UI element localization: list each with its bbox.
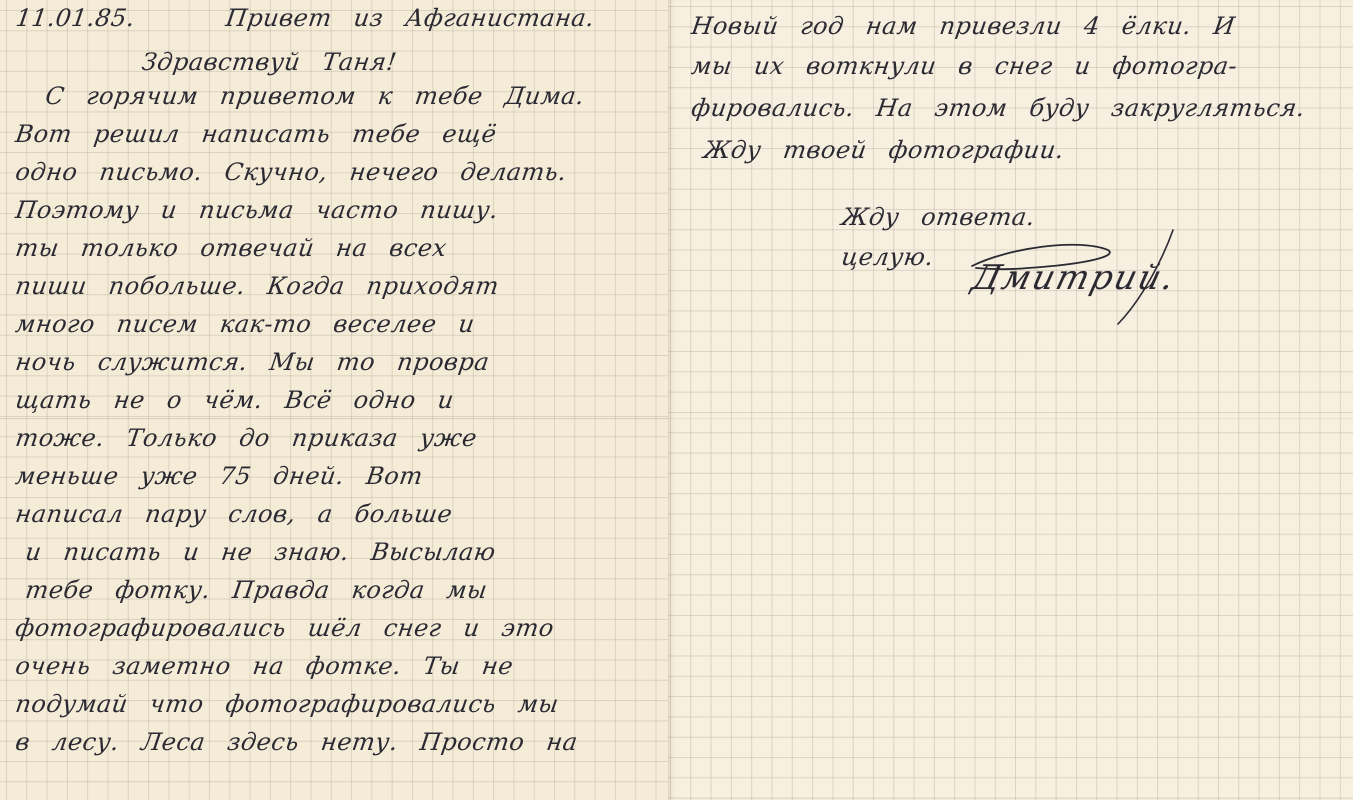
handwritten-line: Поэтому и письма часто пишу. [14,198,500,222]
handwritten-line: мы их воткнули в снег и фотогра- [690,54,1239,78]
letter-title: Привет из Афганистана. [224,4,596,32]
letter-spread: 11.01.85. Привет из Афганистана. Здравст… [0,0,1353,800]
handwritten-line: фировались. На этом буду закругляться. [690,96,1307,120]
handwritten-line: тебе фотку. Правда когда мы [24,578,489,602]
handwritten-line: много писем как-то веселее и [14,312,476,336]
closing-line: Жду ответа. [840,205,1037,229]
handwritten-line: ночь служится. Мы то проврa [14,350,491,374]
handwritten-line: щать не о чём. Всё одно и [14,388,456,412]
handwritten-line: меньше уже 75 дней. Вот [14,464,424,488]
handwritten-line: очень заметно на фотке. Ты не [14,654,515,678]
handwritten-line: Жду твоей фотографии. [702,138,1066,162]
handwritten-line: фотографировались шёл снег и это [14,616,556,640]
handwritten-line: в лесу. Леса здесь нету. Просто на [14,730,579,754]
handwritten-line: написал пару слов, а больше [14,502,454,526]
handwritten-line: одно письмо. Скучно, нечего делать. [14,160,568,184]
handwritten-line: Вот решил написать тебе ещё [14,122,498,146]
paper-fold-line [0,418,668,420]
letter-signature: Дмитрий. [968,258,1180,298]
handwritten-line: тоже. Только до приказа уже [14,426,479,450]
handwritten-line: пиши побольше. Когда приходят [14,274,501,298]
letter-page-right: Новый год нам привезли 4 ёлки. И мы их в… [668,0,1353,800]
paper-fold-line [668,418,1353,420]
handwritten-line: ты только отвечай на всех [14,236,448,260]
handwritten-line: подумай что фотографировались мы [14,692,560,716]
closing-line: целую. [840,245,935,269]
letter-date: 11.01.85. [14,4,137,32]
handwritten-line: и писать и не знаю. Высылаю [24,540,497,564]
letter-greeting: Здравствуй Таня! [140,48,399,76]
handwritten-line: С горячим приветом к тебе Дима. [44,84,586,108]
handwritten-line: Новый год нам привезли 4 ёлки. И [690,14,1237,38]
letter-page-left: 11.01.85. Привет из Афганистана. Здравст… [0,0,668,800]
